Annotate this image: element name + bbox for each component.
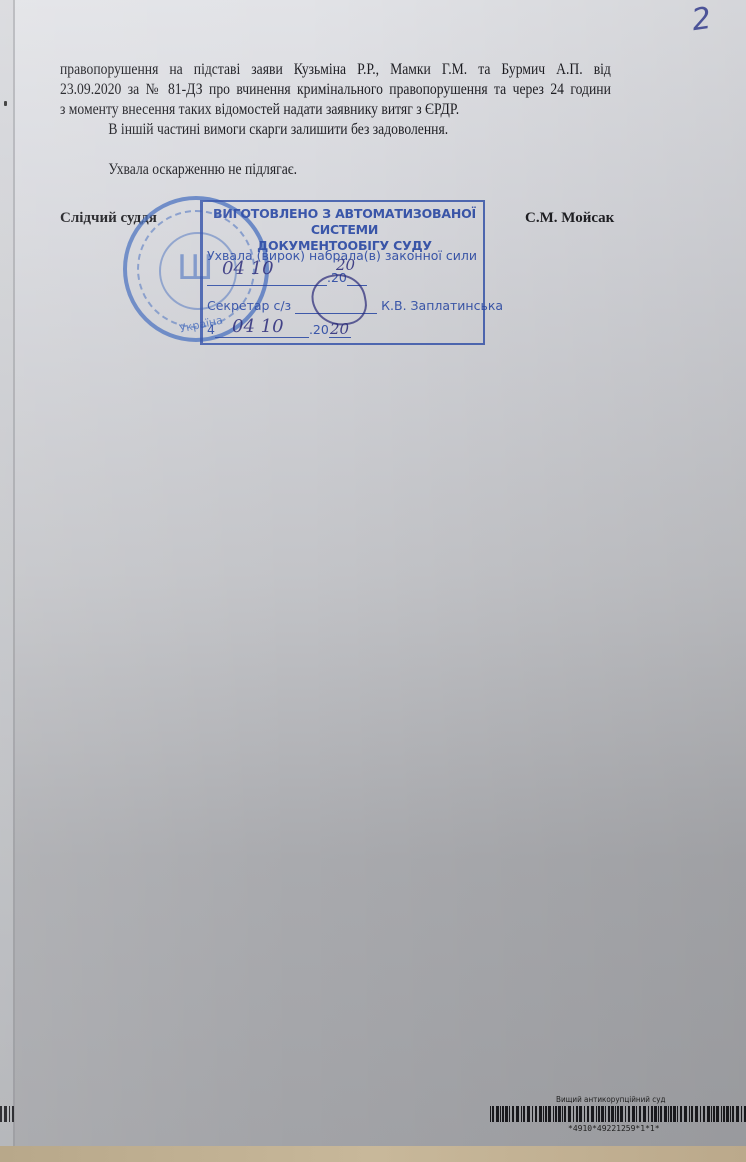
stamp-title: ВИГОТОВЛЕНО З АВТОМАТИЗОВАНОЇ СИСТЕМИ ДО…: [207, 206, 482, 254]
page-fold: [13, 0, 15, 1146]
document-barcode: [490, 1106, 746, 1122]
barcode-number: *4910*49221259*1*1*: [568, 1124, 660, 1133]
handwritten-date-2: 04 10: [232, 316, 284, 337]
previous-page-barcode: [0, 1106, 16, 1122]
handwritten-year-1: 20: [336, 256, 355, 274]
stamp-title-line: ВИГОТОВЛЕНО З АВТОМАТИЗОВАНОЇ СИСТЕМИ: [207, 206, 482, 238]
punch-mark: [4, 101, 7, 106]
desk-surface: [0, 1146, 746, 1162]
text-line: з моменту внесення таких відомостей нада…: [60, 100, 611, 120]
paragraph-not-appealable: Ухвала оскарженню не підлягає.: [60, 160, 611, 180]
document-page: 2 правопорушення на підставі заяви Кузьм…: [0, 0, 746, 1146]
document-body: правопорушення на підставі заяви Кузьмін…: [60, 60, 611, 180]
previous-page-edge: [0, 0, 13, 1146]
barcode-caption: Вищий антикорупційний суд: [556, 1095, 665, 1104]
signer-name: С.М. Мойсак: [525, 210, 614, 227]
paragraph-remaining-claims: В іншій частині вимоги скарги залишити б…: [60, 120, 611, 140]
handwritten-date-1: 04 10: [222, 258, 274, 279]
handwritten-page-number: 2: [690, 1, 714, 38]
paragraph-ruling: правопорушення на підставі заяви Кузьмін…: [60, 60, 611, 120]
text-line: правопорушення на підставі заяви Кузьмін…: [60, 60, 611, 80]
text-line: 23.09.2020 за № 81-ДЗ про вчинення кримі…: [60, 80, 611, 100]
